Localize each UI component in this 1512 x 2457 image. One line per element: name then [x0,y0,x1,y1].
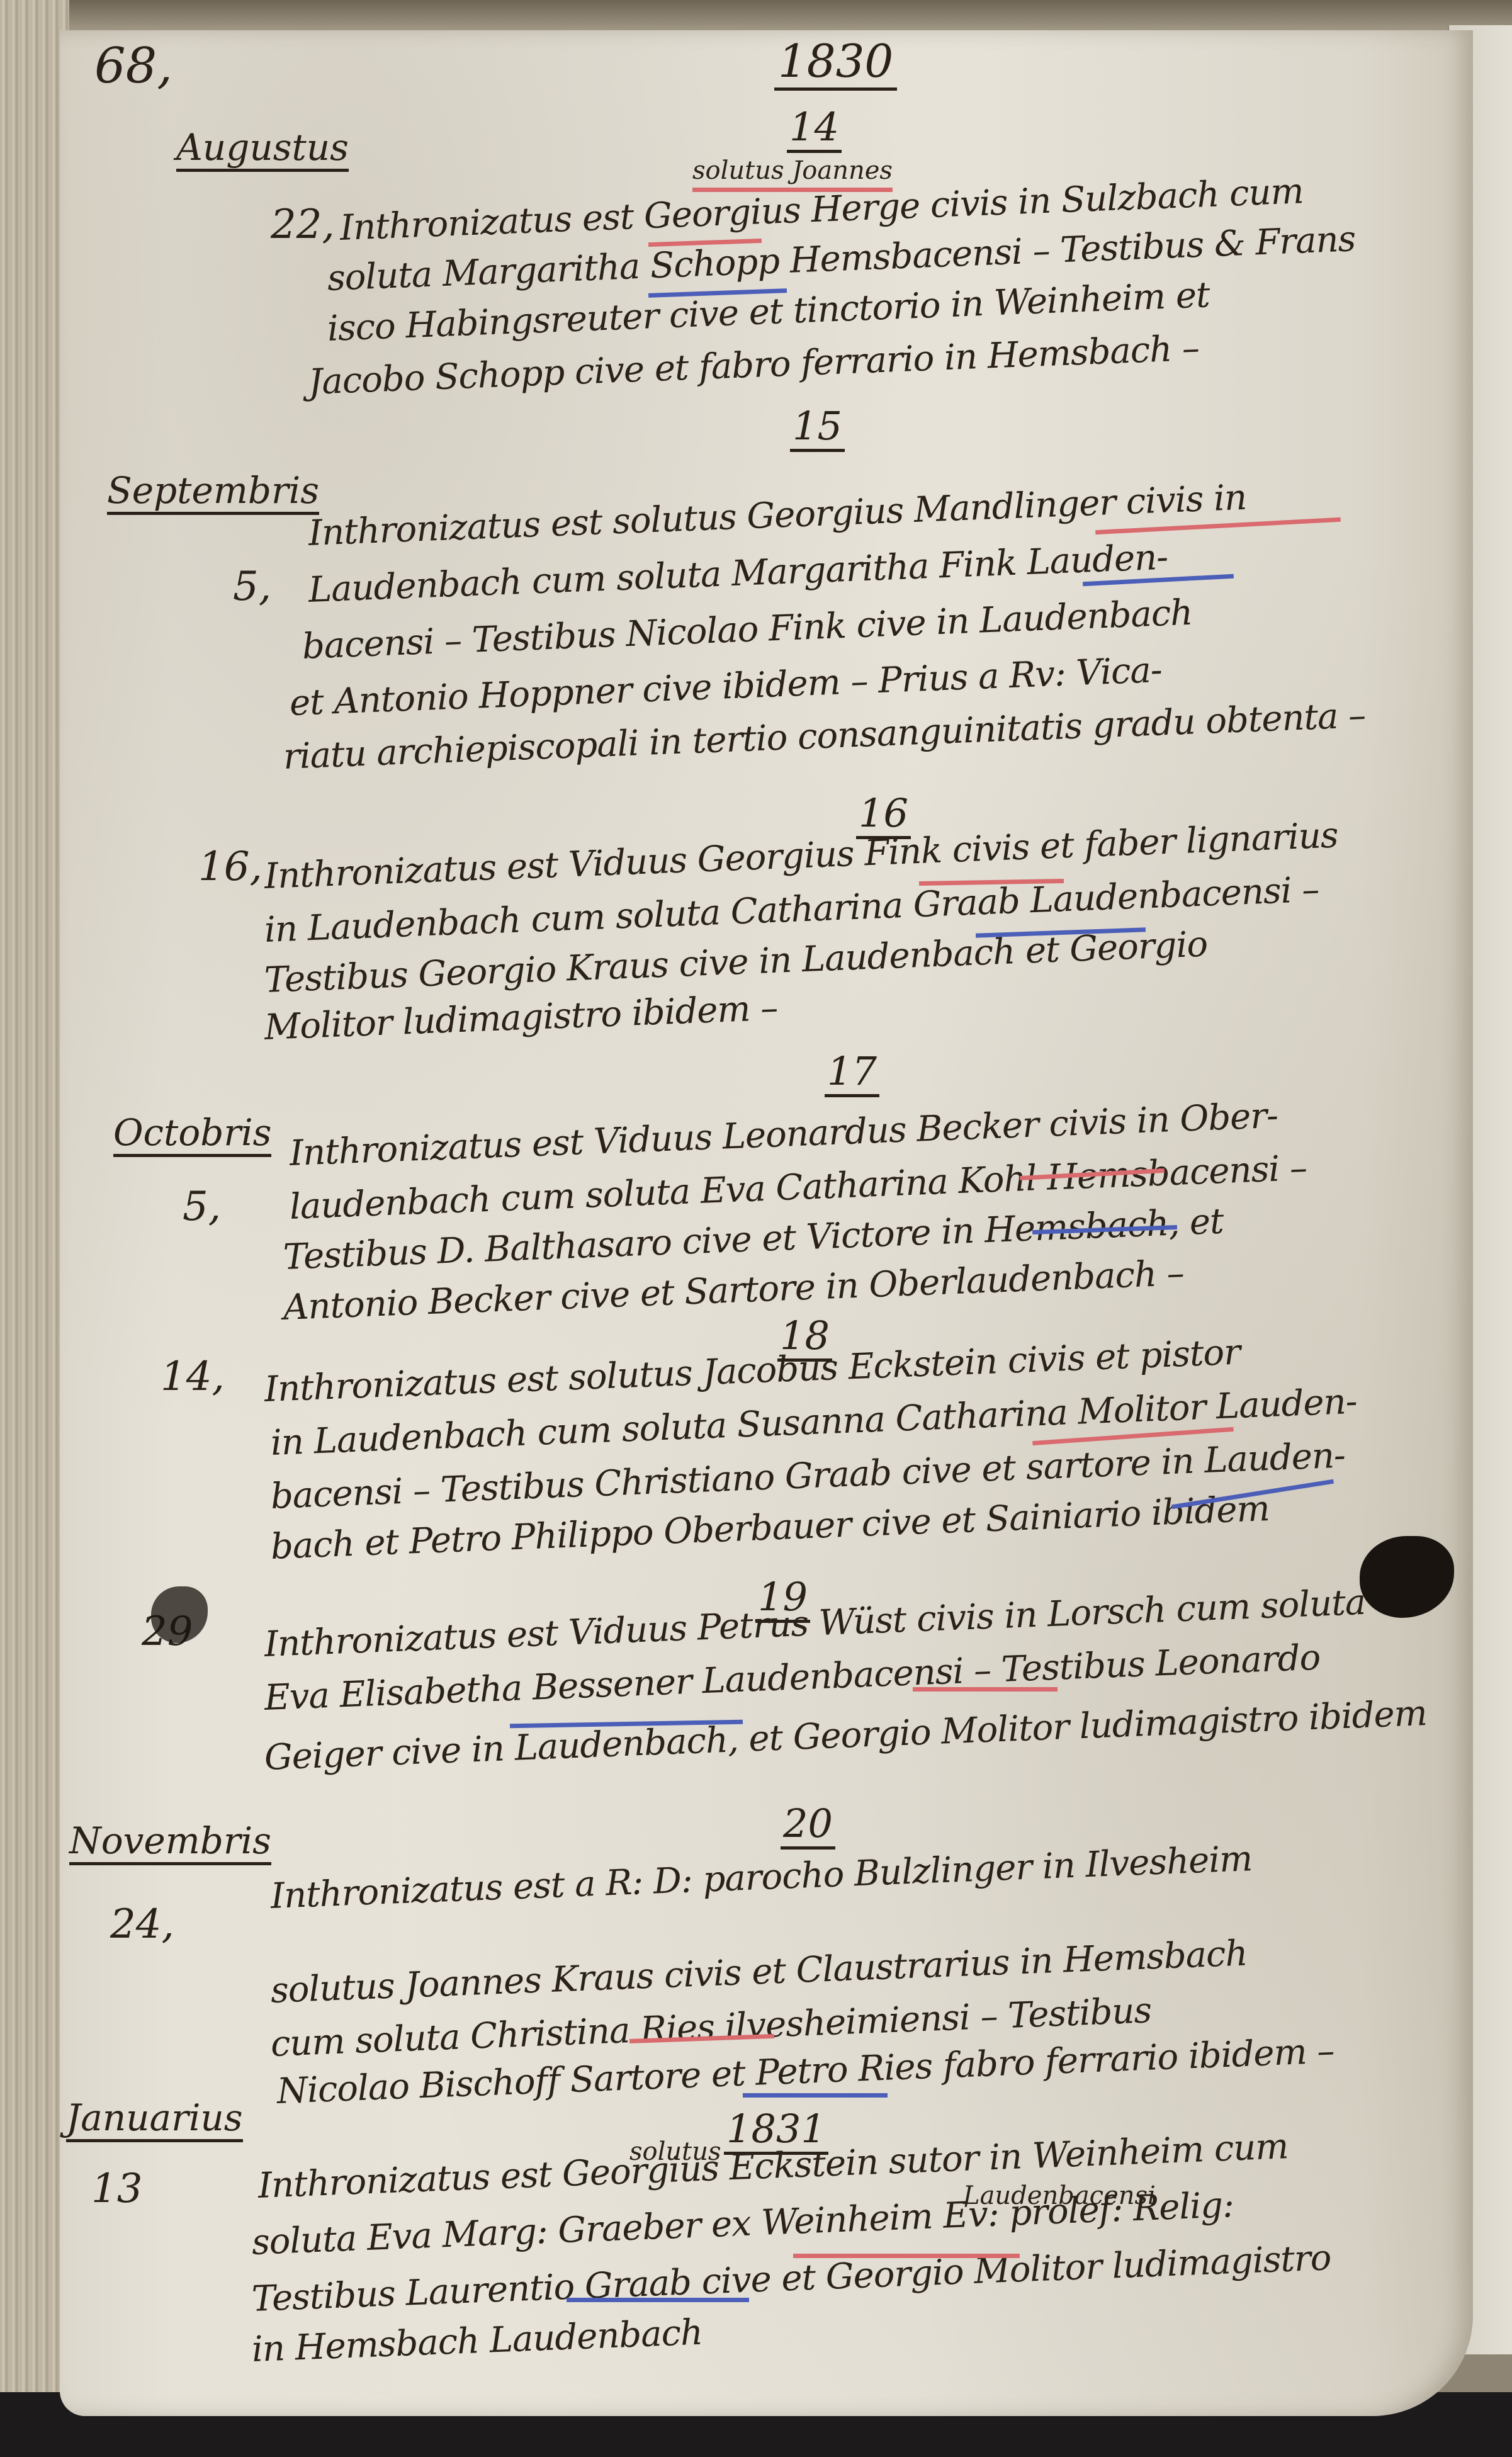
entry-number: 20 [781,1800,835,1850]
year-heading: 1830 [774,35,897,91]
month-label: Novembris [69,1819,271,1865]
day-number: 13 [91,2166,142,2212]
month-label: Augustus [176,126,349,172]
red-underline-groom [793,2254,1020,2258]
blue-underline-bride [743,2093,888,2098]
day-number: 5, [233,563,271,610]
month-label: Januarius [66,2096,243,2142]
book-left-edge [0,0,69,2457]
red-underline-groom [913,1687,1058,1692]
day-number: 24, [110,1901,174,1948]
month-label: Septembris [107,469,319,515]
day-number: 5, [183,1183,221,1230]
blue-underline-bride [567,2298,749,2302]
day-number: 14, [161,1353,225,1400]
entry-number: 17 [825,1048,879,1097]
book-top-edge [0,0,1512,35]
entry-number: 14 [787,104,842,153]
day-number: 22, [271,201,335,248]
page-number: 68, [94,38,172,94]
month-label: Octobris [113,1111,271,1157]
entry-number: 15 [790,403,845,452]
interlinear-correction: solutus Joannes [692,156,893,185]
day-number: 16, [198,844,262,890]
